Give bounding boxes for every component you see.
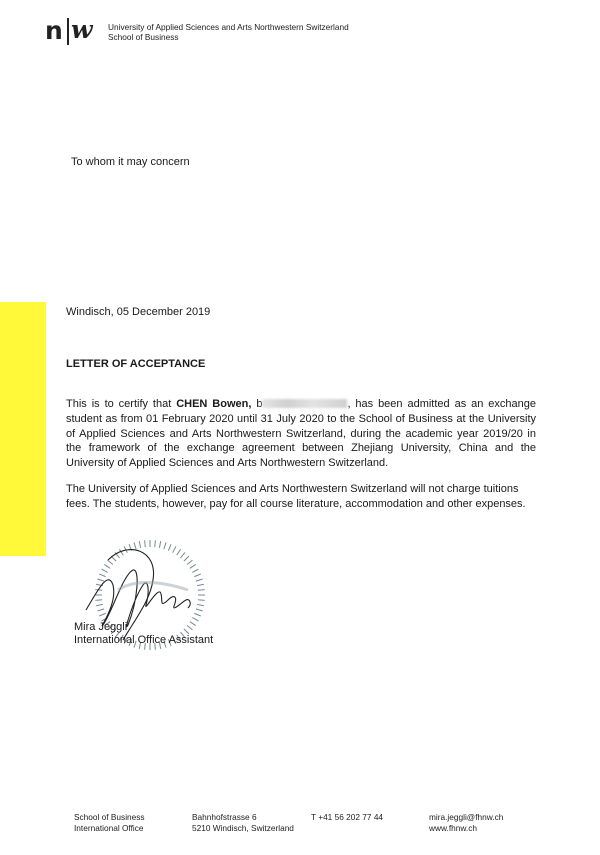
- footer-email[interactable]: mira.jeggli@fhnw.ch: [429, 812, 503, 823]
- signatory-name: Mira Jeggli: [74, 621, 127, 634]
- institution-name: University of Applied Sciences and Arts …: [108, 22, 349, 32]
- fees-paragraph: The University of Applied Sciences and A…: [66, 482, 536, 512]
- logo-divider: [67, 18, 69, 45]
- para1-prefix: This is to certify that: [66, 398, 176, 410]
- footer-address: Bahnhofstrasse 6 5210 Windisch, Switzerl…: [192, 812, 294, 834]
- footer-department: School of Business International Office: [74, 812, 145, 834]
- fhnw-logo: n w: [45, 16, 103, 48]
- letter-title: LETTER OF ACCEPTANCE: [66, 358, 205, 370]
- highlight-marker: [0, 302, 46, 556]
- letterhead-text: University of Applied Sciences and Arts …: [108, 22, 349, 42]
- redacted-birthdate: b: [256, 398, 347, 410]
- salutation: To whom it may concern: [71, 156, 190, 168]
- student-name: CHEN Bowen,: [176, 398, 251, 410]
- footer-phone: T +41 56 202 77 44: [311, 812, 383, 823]
- signatory-role: International Office Assistant: [74, 634, 213, 647]
- date-line: Windisch, 05 December 2019: [66, 306, 210, 318]
- school-name: School of Business: [108, 32, 349, 42]
- footer-contact: mira.jeggli@fhnw.ch www.fhnw.ch: [429, 812, 503, 834]
- certification-paragraph: This is to certify that CHEN Bowen, b, h…: [66, 397, 536, 471]
- logo-n-glyph: n: [45, 17, 63, 45]
- footer-website[interactable]: www.fhnw.ch: [429, 823, 503, 834]
- logo-w-glyph: w: [71, 16, 93, 44]
